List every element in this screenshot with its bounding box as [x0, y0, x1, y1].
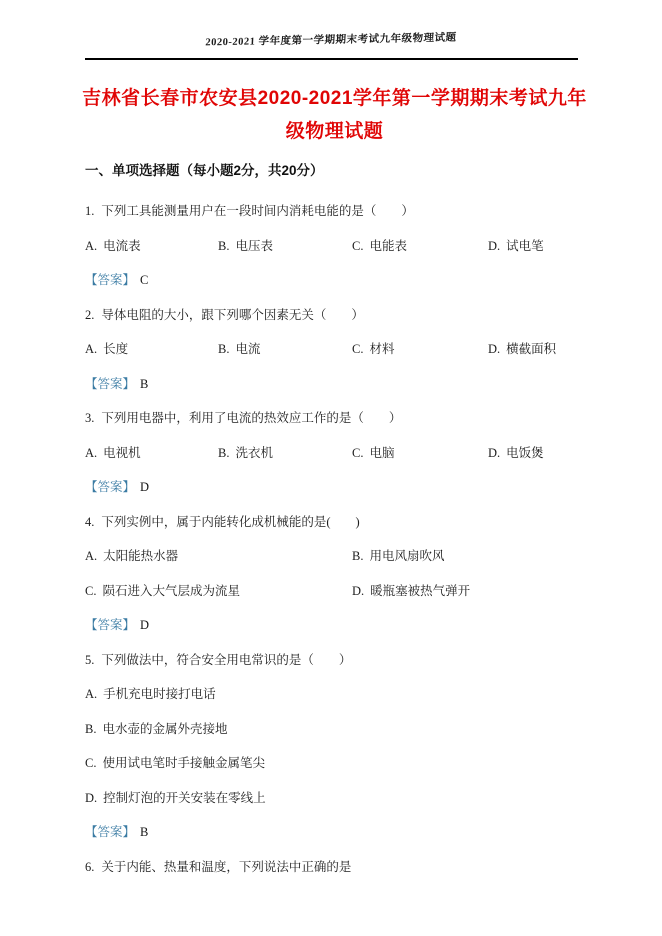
- option-label: D.: [352, 584, 364, 598]
- option-text: 洗衣机: [235, 446, 273, 460]
- option-a: A.电流表: [85, 239, 218, 253]
- option-text: 电视机: [103, 446, 141, 460]
- question-number: 6.: [85, 860, 94, 874]
- option-label: B.: [218, 446, 229, 460]
- answer-letter: D: [140, 618, 149, 632]
- option-text: 电水壶的金属外壳接地: [102, 722, 227, 736]
- option-label: A.: [85, 342, 97, 356]
- question-block-2: 2.导体电阻的大小，跟下列哪个因素无关（ ） A.长度 B.电流 C.材料 D.…: [85, 308, 604, 391]
- option-text: 陨石进入大气层成为流星: [102, 584, 240, 598]
- option-label: C.: [352, 239, 363, 253]
- option-a: A.太阳能热水器: [85, 549, 352, 563]
- option-text: 电流: [235, 342, 260, 356]
- answer-letter: B: [140, 377, 148, 391]
- answer-marker: 【答案】: [85, 480, 135, 494]
- question-stem: 下列实例中，属于内能转化成机械能的是( ): [101, 515, 359, 529]
- option-label: B.: [218, 342, 229, 356]
- question-number: 5.: [85, 653, 94, 667]
- option-text: 太阳能热水器: [103, 549, 178, 563]
- options-row: A.太阳能热水器 B.用电风扇吹风: [85, 549, 604, 563]
- question-number: 1.: [85, 204, 94, 218]
- question-stem: 下列做法中，符合安全用电常识的是（ ）: [101, 653, 351, 667]
- question-block-5: 5.下列做法中，符合安全用电常识的是（ ） A.手机充电时接打电话 B.电水壶的…: [85, 653, 604, 840]
- option-text: 控制灯泡的开关安装在零线上: [103, 791, 266, 805]
- option-d: D.横截面积: [488, 342, 604, 356]
- option-b: B.电水壶的金属外壳接地: [85, 722, 604, 736]
- option-label: B.: [218, 239, 229, 253]
- option-c: C.陨石进入大气层成为流星: [85, 584, 352, 598]
- option-label: A.: [85, 549, 97, 563]
- option-text: 电能表: [369, 239, 407, 253]
- question-block-6: 6.关于内能、热量和温度，下列说法中正确的是: [85, 860, 604, 874]
- option-a: A.手机充电时接打电话: [85, 687, 604, 701]
- page-title-line-1: 吉林省长春市农安县2020-2021学年第一学期期末考试九年: [45, 82, 624, 115]
- option-d: D.控制灯泡的开关安装在零线上: [85, 791, 604, 805]
- option-label: A.: [85, 239, 97, 253]
- option-a: A.电视机: [85, 446, 218, 460]
- options-row: A.电视机 B.洗衣机 C.电脑 D.电饭煲: [85, 446, 604, 460]
- answer-letter: D: [140, 480, 149, 494]
- question-text: 4.下列实例中，属于内能转化成机械能的是( ): [85, 515, 604, 529]
- option-label: D.: [85, 791, 97, 805]
- question-block-4: 4.下列实例中，属于内能转化成机械能的是( ) A.太阳能热水器 B.用电风扇吹…: [85, 515, 604, 633]
- option-b: B.电流: [218, 342, 352, 356]
- option-label: C.: [85, 756, 96, 770]
- option-text: 试电笔: [506, 239, 544, 253]
- answer-line: 【答案】C: [85, 273, 604, 287]
- option-text: 电压表: [235, 239, 273, 253]
- question-block-1: 1.下列工具能测量用户在一段时间内消耗电能的是（ ） A.电流表 B.电压表 C…: [85, 204, 604, 287]
- answer-letter: B: [140, 825, 148, 839]
- document-header: 2020-2021 学年度第一学期期末考试九年级物理试题: [0, 32, 662, 60]
- option-label: A.: [85, 687, 97, 701]
- option-label: C.: [352, 342, 363, 356]
- option-text: 手机充电时接打电话: [103, 687, 216, 701]
- option-label: C.: [85, 584, 96, 598]
- option-label: D.: [488, 239, 500, 253]
- option-label: D.: [488, 342, 500, 356]
- option-b: B.洗衣机: [218, 446, 352, 460]
- option-d: D.电饭煲: [488, 446, 604, 460]
- question-number: 2.: [85, 308, 94, 322]
- exam-document-page: 2020-2021 学年度第一学期期末考试九年级物理试题 吉林省长春市农安县20…: [0, 0, 662, 936]
- option-text: 长度: [103, 342, 128, 356]
- question-number: 3.: [85, 411, 94, 425]
- option-text: 使用试电笔时手接触金属笔尖: [102, 756, 265, 770]
- question-text: 6.关于内能、热量和温度，下列说法中正确的是: [85, 860, 604, 874]
- question-stem: 导体电阻的大小，跟下列哪个因素无关（ ）: [101, 308, 364, 322]
- question-stem: 下列用电器中，利用了电流的热效应工作的是（ ）: [101, 411, 401, 425]
- question-stem: 关于内能、热量和温度，下列说法中正确的是: [101, 860, 351, 874]
- answer-letter: C: [140, 273, 148, 287]
- answer-marker: 【答案】: [85, 825, 135, 839]
- option-text: 电流表: [103, 239, 141, 253]
- page-title: 吉林省长春市农安县2020-2021学年第一学期期末考试九年 级物理试题: [45, 82, 624, 148]
- option-c: C.使用试电笔时手接触金属笔尖: [85, 756, 604, 770]
- question-text: 3.下列用电器中，利用了电流的热效应工作的是（ ）: [85, 411, 604, 425]
- option-text: 用电风扇吹风: [369, 549, 444, 563]
- question-text: 2.导体电阻的大小，跟下列哪个因素无关（ ）: [85, 308, 604, 322]
- option-text: 横截面积: [506, 342, 556, 356]
- option-c: C.电脑: [352, 446, 488, 460]
- question-text: 1.下列工具能测量用户在一段时间内消耗电能的是（ ）: [85, 204, 604, 218]
- answer-marker: 【答案】: [85, 273, 135, 287]
- question-stem: 下列工具能测量用户在一段时间内消耗电能的是（ ）: [101, 204, 414, 218]
- option-label: B.: [352, 549, 363, 563]
- options-row: A.电流表 B.电压表 C.电能表 D.试电笔: [85, 239, 604, 253]
- header-divider-line: [85, 58, 578, 60]
- option-text: 电饭煲: [506, 446, 544, 460]
- option-label: D.: [488, 446, 500, 460]
- answer-line: 【答案】D: [85, 480, 604, 494]
- option-d: D.试电笔: [488, 239, 604, 253]
- question-block-3: 3.下列用电器中，利用了电流的热效应工作的是（ ） A.电视机 B.洗衣机 C.…: [85, 411, 604, 494]
- running-header-text: 2020-2021 学年度第一学期期末考试九年级物理试题: [0, 26, 662, 54]
- answer-line: 【答案】B: [85, 377, 604, 391]
- option-b: B.用电风扇吹风: [352, 549, 604, 563]
- option-label: B.: [85, 722, 96, 736]
- answer-line: 【答案】D: [85, 618, 604, 632]
- option-label: C.: [352, 446, 363, 460]
- option-d: D.暖瓶塞被热气弹开: [352, 584, 604, 598]
- option-text: 材料: [369, 342, 394, 356]
- answer-marker: 【答案】: [85, 377, 135, 391]
- option-c: C.材料: [352, 342, 488, 356]
- options-row: A.长度 B.电流 C.材料 D.横截面积: [85, 342, 604, 356]
- options-row: C.陨石进入大气层成为流星 D.暖瓶塞被热气弹开: [85, 584, 604, 598]
- question-number: 4.: [85, 515, 94, 529]
- option-c: C.电能表: [352, 239, 488, 253]
- option-text: 暖瓶塞被热气弹开: [370, 584, 470, 598]
- option-label: A.: [85, 446, 97, 460]
- option-a: A.长度: [85, 342, 218, 356]
- page-title-line-2: 级物理试题: [45, 115, 624, 148]
- answer-marker: 【答案】: [85, 618, 135, 632]
- option-text: 电脑: [369, 446, 394, 460]
- section-heading: 一、单项选择题（每小题2分，共20分）: [85, 163, 604, 178]
- option-b: B.电压表: [218, 239, 352, 253]
- answer-line: 【答案】B: [85, 825, 604, 839]
- question-text: 5.下列做法中，符合安全用电常识的是（ ）: [85, 653, 604, 667]
